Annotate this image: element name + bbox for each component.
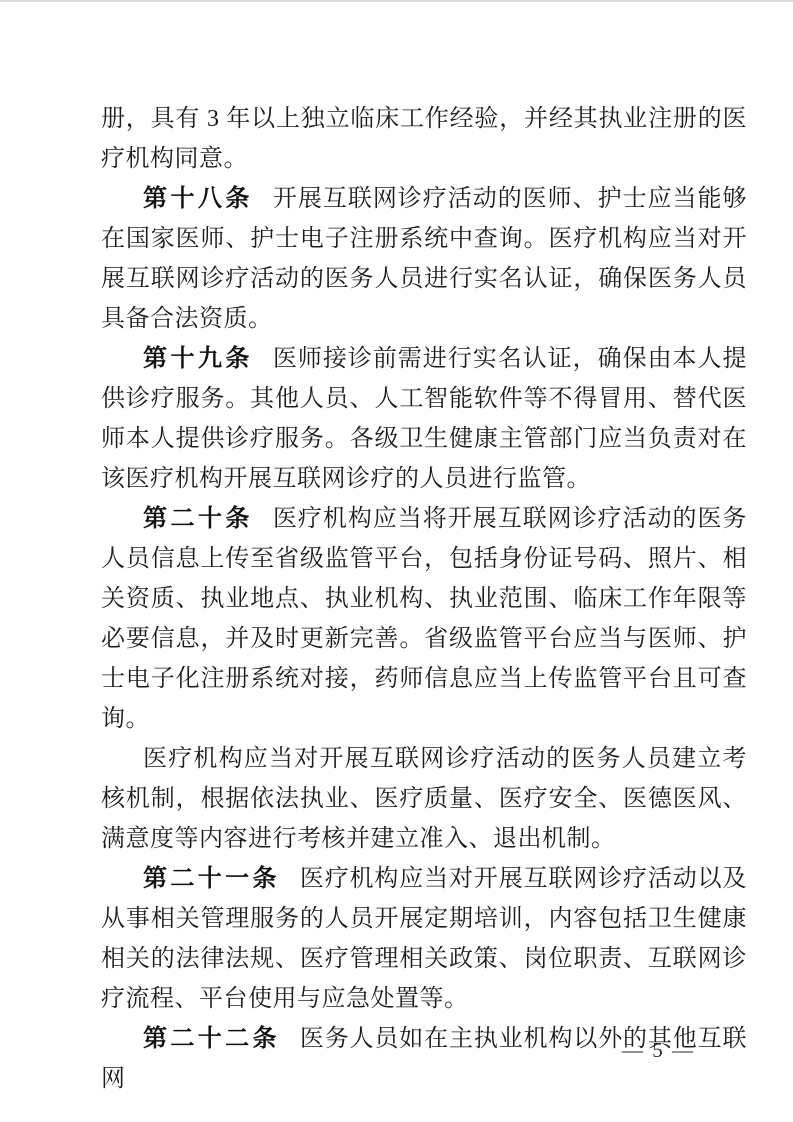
article-22-heading: 第二十二条 — [143, 1026, 280, 1052]
article-20-heading: 第二十条 — [143, 506, 253, 532]
document-text-block: 册，具有 3 年以上独立临床工作经验，并经其执业注册的医疗机构同意。 第十八条开… — [101, 99, 747, 1099]
article-20-body-text: 医疗机构应当将开展互联网诊疗活动的医务人员信息上传至省级监管平台，包括身份证号码… — [101, 506, 747, 732]
paragraph-article-18: 第十八条开展互联网诊疗活动的医师、护士应当能够在国家医师、护士电子注册系统中查询… — [101, 179, 747, 339]
article-18-heading: 第十八条 — [143, 186, 253, 212]
paragraph-continuation: 册，具有 3 年以上独立临床工作经验，并经其执业注册的医疗机构同意。 — [101, 99, 747, 179]
paragraph-article-20: 第二十条医疗机构应当将开展互联网诊疗活动的医务人员信息上传至省级监管平台，包括身… — [101, 499, 747, 739]
paragraph-article-19: 第十九条医师接诊前需进行实名认证，确保由本人提供诊疗服务。其他人员、人工智能软件… — [101, 339, 747, 499]
document-page: 册，具有 3 年以上独立临床工作经验，并经其执业注册的医疗机构同意。 第十八条开… — [0, 0, 793, 1122]
article-21-heading: 第二十一条 — [143, 866, 280, 892]
paragraph-article-20-second: 医疗机构应当对开展互联网诊疗活动的医务人员建立考核机制，根据依法执业、医疗质量、… — [101, 739, 747, 859]
paragraph-article-21: 第二十一条医疗机构应当对开展互联网诊疗活动以及从事相关管理服务的人员开展定期培训… — [101, 859, 747, 1019]
article-20-paragraph-2-body-text: 医疗机构应当对开展互联网诊疗活动的医务人员建立考核机制，根据依法执业、医疗质量、… — [101, 746, 747, 852]
continuation-body-text: 册，具有 3 年以上独立临床工作经验，并经其执业注册的医疗机构同意。 — [101, 106, 747, 172]
page-number: — 5 — — [622, 1038, 695, 1063]
article-19-heading: 第十九条 — [143, 346, 253, 372]
page-top-edge-divider — [0, 0, 793, 2]
